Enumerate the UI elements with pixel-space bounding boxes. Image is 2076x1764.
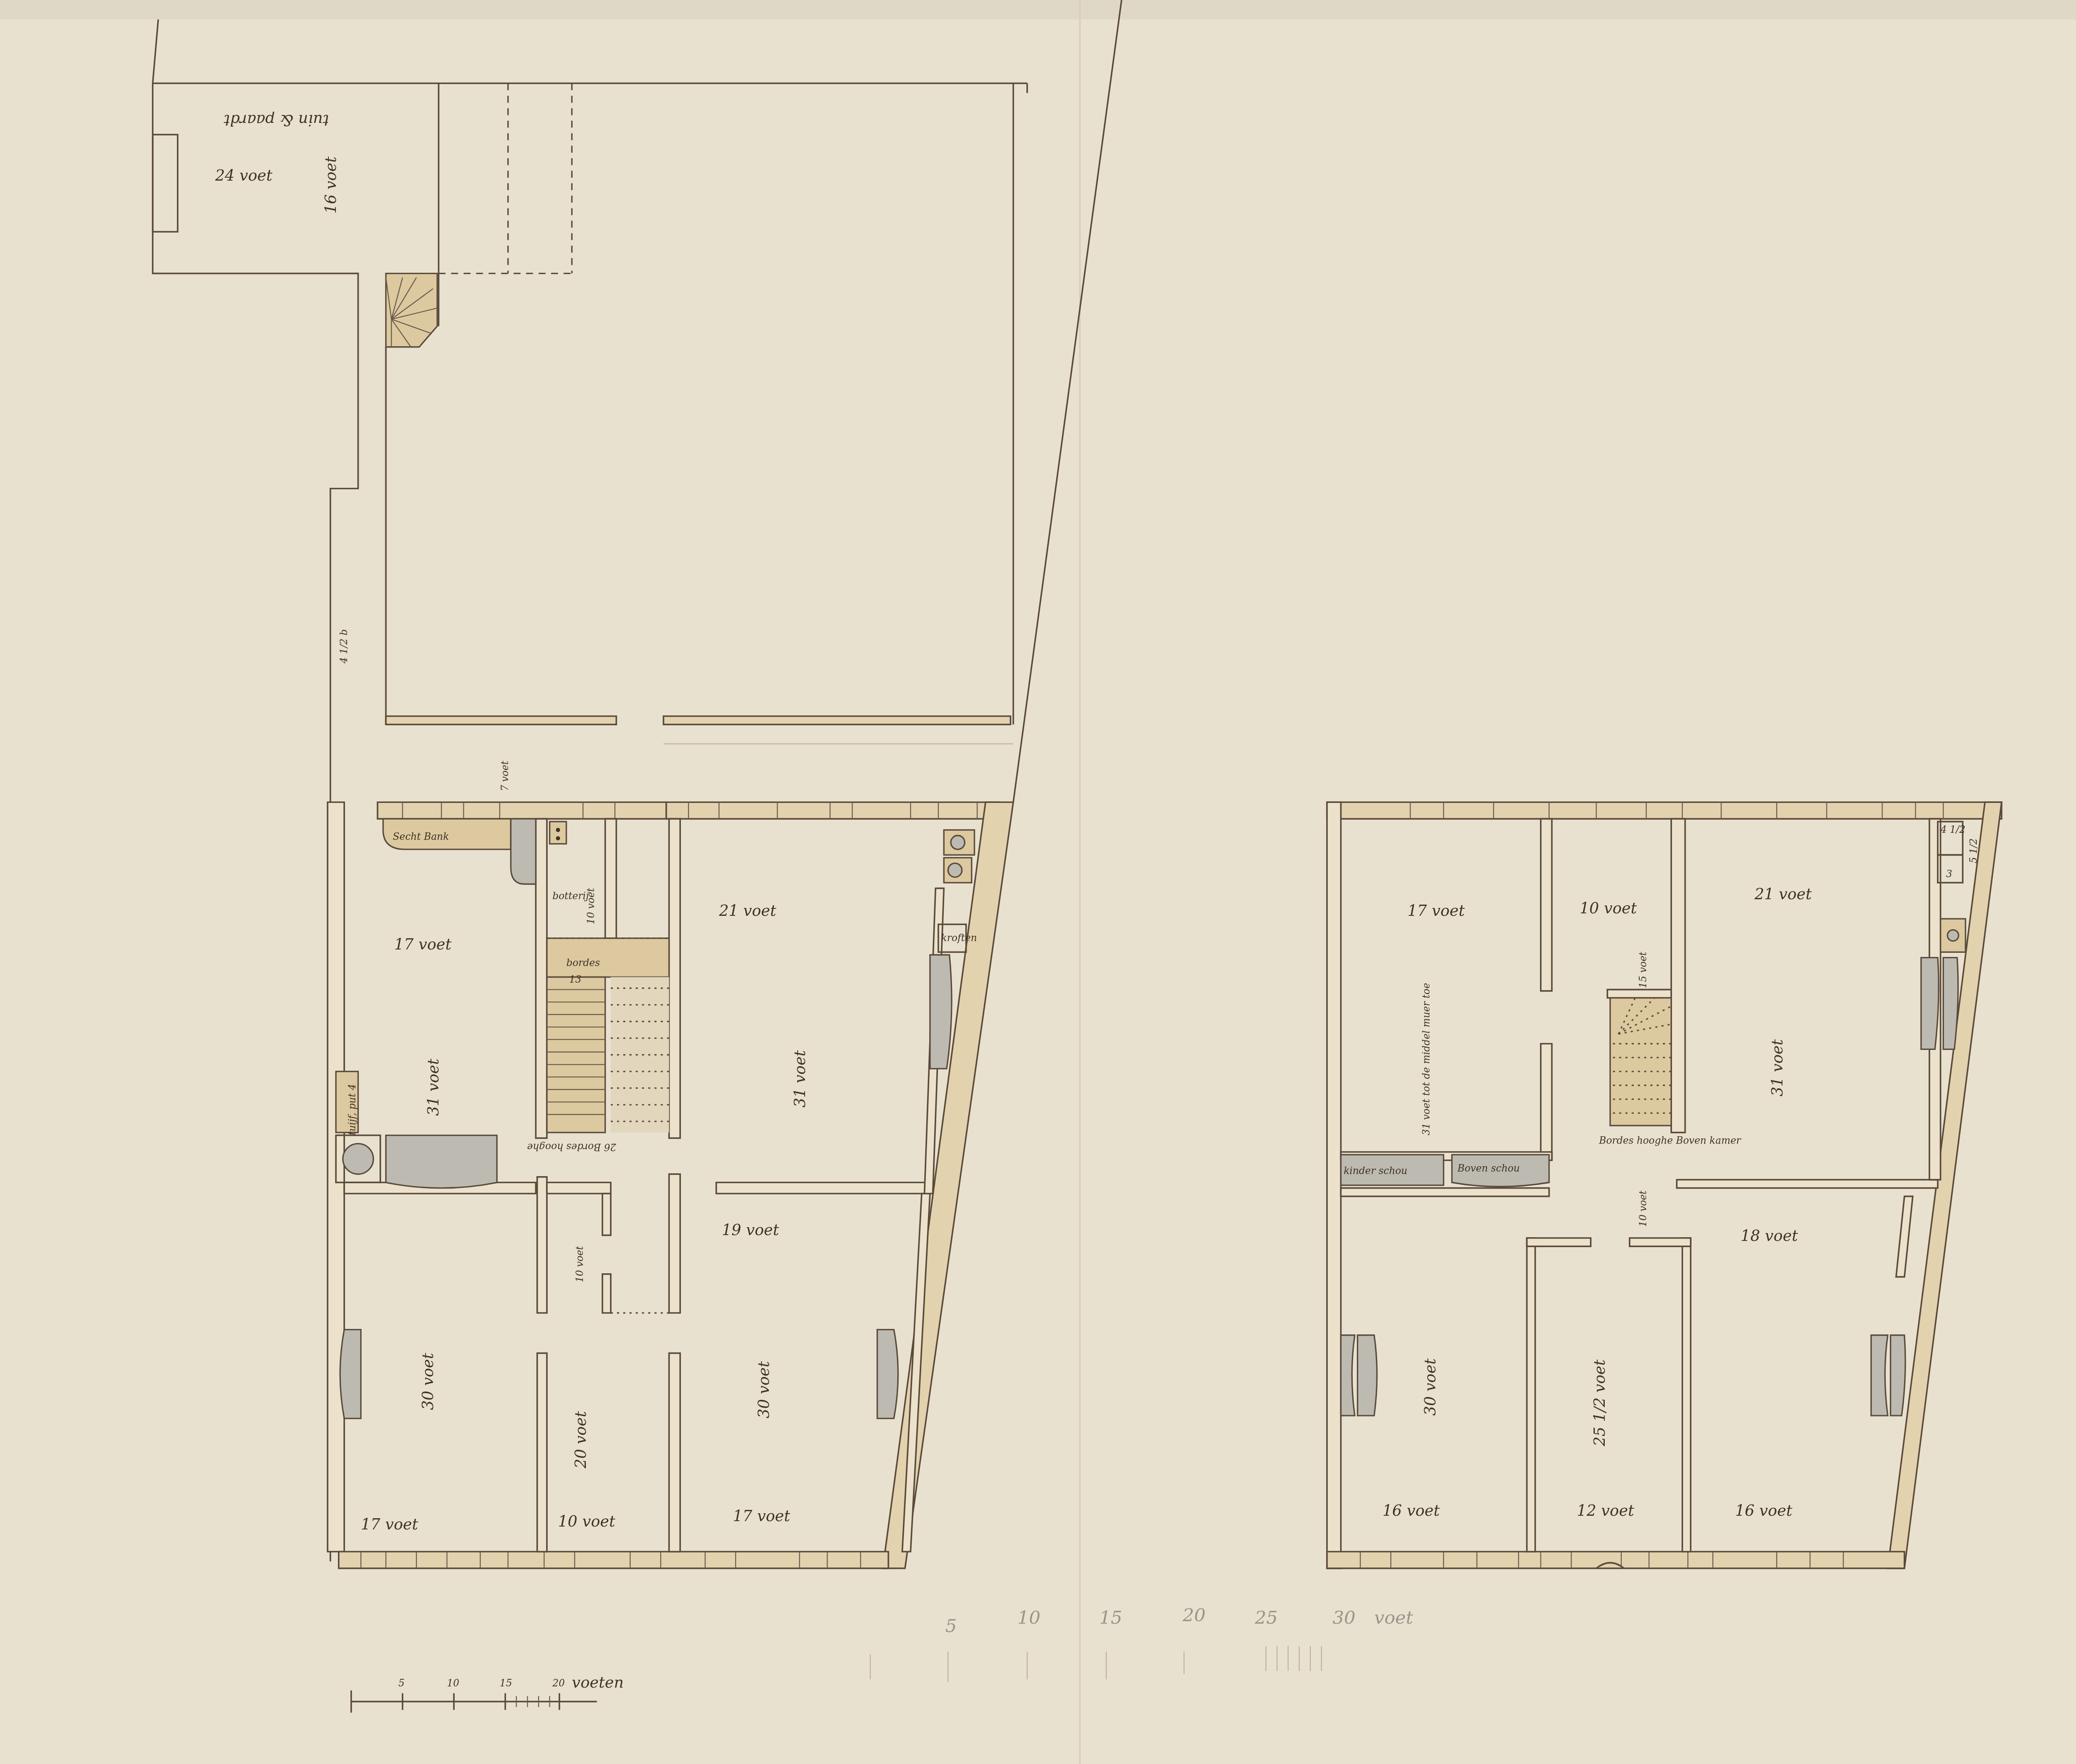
pencil-tick-30: 30 bbox=[1332, 1607, 1355, 1628]
main-stair bbox=[547, 977, 605, 1132]
fireplace-back-right bbox=[930, 955, 952, 1069]
passage-width-label: 4 1/2 b bbox=[338, 629, 350, 664]
scale-tick-5: 5 bbox=[398, 1677, 404, 1689]
pencil-tick-20: 20 bbox=[1182, 1605, 1205, 1626]
garden-width-label: 24 voet bbox=[215, 166, 272, 184]
scale-tick-20: 20 bbox=[552, 1677, 565, 1689]
upper-fireplace-right bbox=[1871, 1335, 1888, 1416]
upper-fireplace-left bbox=[1358, 1335, 1377, 1416]
scale-tick-10: 10 bbox=[447, 1677, 459, 1689]
cupboard-a bbox=[1341, 1155, 1443, 1185]
paper-background bbox=[0, 0, 2076, 1764]
garden-depth-label: 16 voet bbox=[322, 157, 340, 214]
pencil-unit-label: voet bbox=[1374, 1607, 1413, 1628]
scale-unit-label: voeten bbox=[572, 1673, 624, 1691]
kitchen-bench bbox=[383, 819, 511, 849]
pencil-tick-10: 10 bbox=[1018, 1607, 1040, 1628]
upper-fireplace-back bbox=[1921, 958, 1939, 1050]
sink bbox=[511, 819, 536, 884]
upper-stair bbox=[1610, 998, 1671, 1126]
pencil-tick-5: 5 bbox=[945, 1616, 957, 1637]
fireplace-front-right bbox=[877, 1330, 898, 1419]
court-depth-label: 7 voet bbox=[499, 761, 511, 791]
scale-tick-15: 15 bbox=[500, 1677, 512, 1689]
cupboard-b bbox=[1452, 1155, 1549, 1187]
floor-plan-sheet: tuin & paardt 24 voet 16 voet 4 1/2 b 7 … bbox=[0, 0, 2076, 1764]
kitchen-hearth bbox=[386, 1135, 497, 1188]
garden-label: tuin & paardt bbox=[224, 111, 329, 129]
pencil-tick-25: 25 bbox=[1254, 1607, 1278, 1628]
well bbox=[343, 1144, 374, 1174]
fireplace-front-left bbox=[340, 1330, 361, 1419]
pencil-tick-15: 15 bbox=[1099, 1607, 1122, 1628]
